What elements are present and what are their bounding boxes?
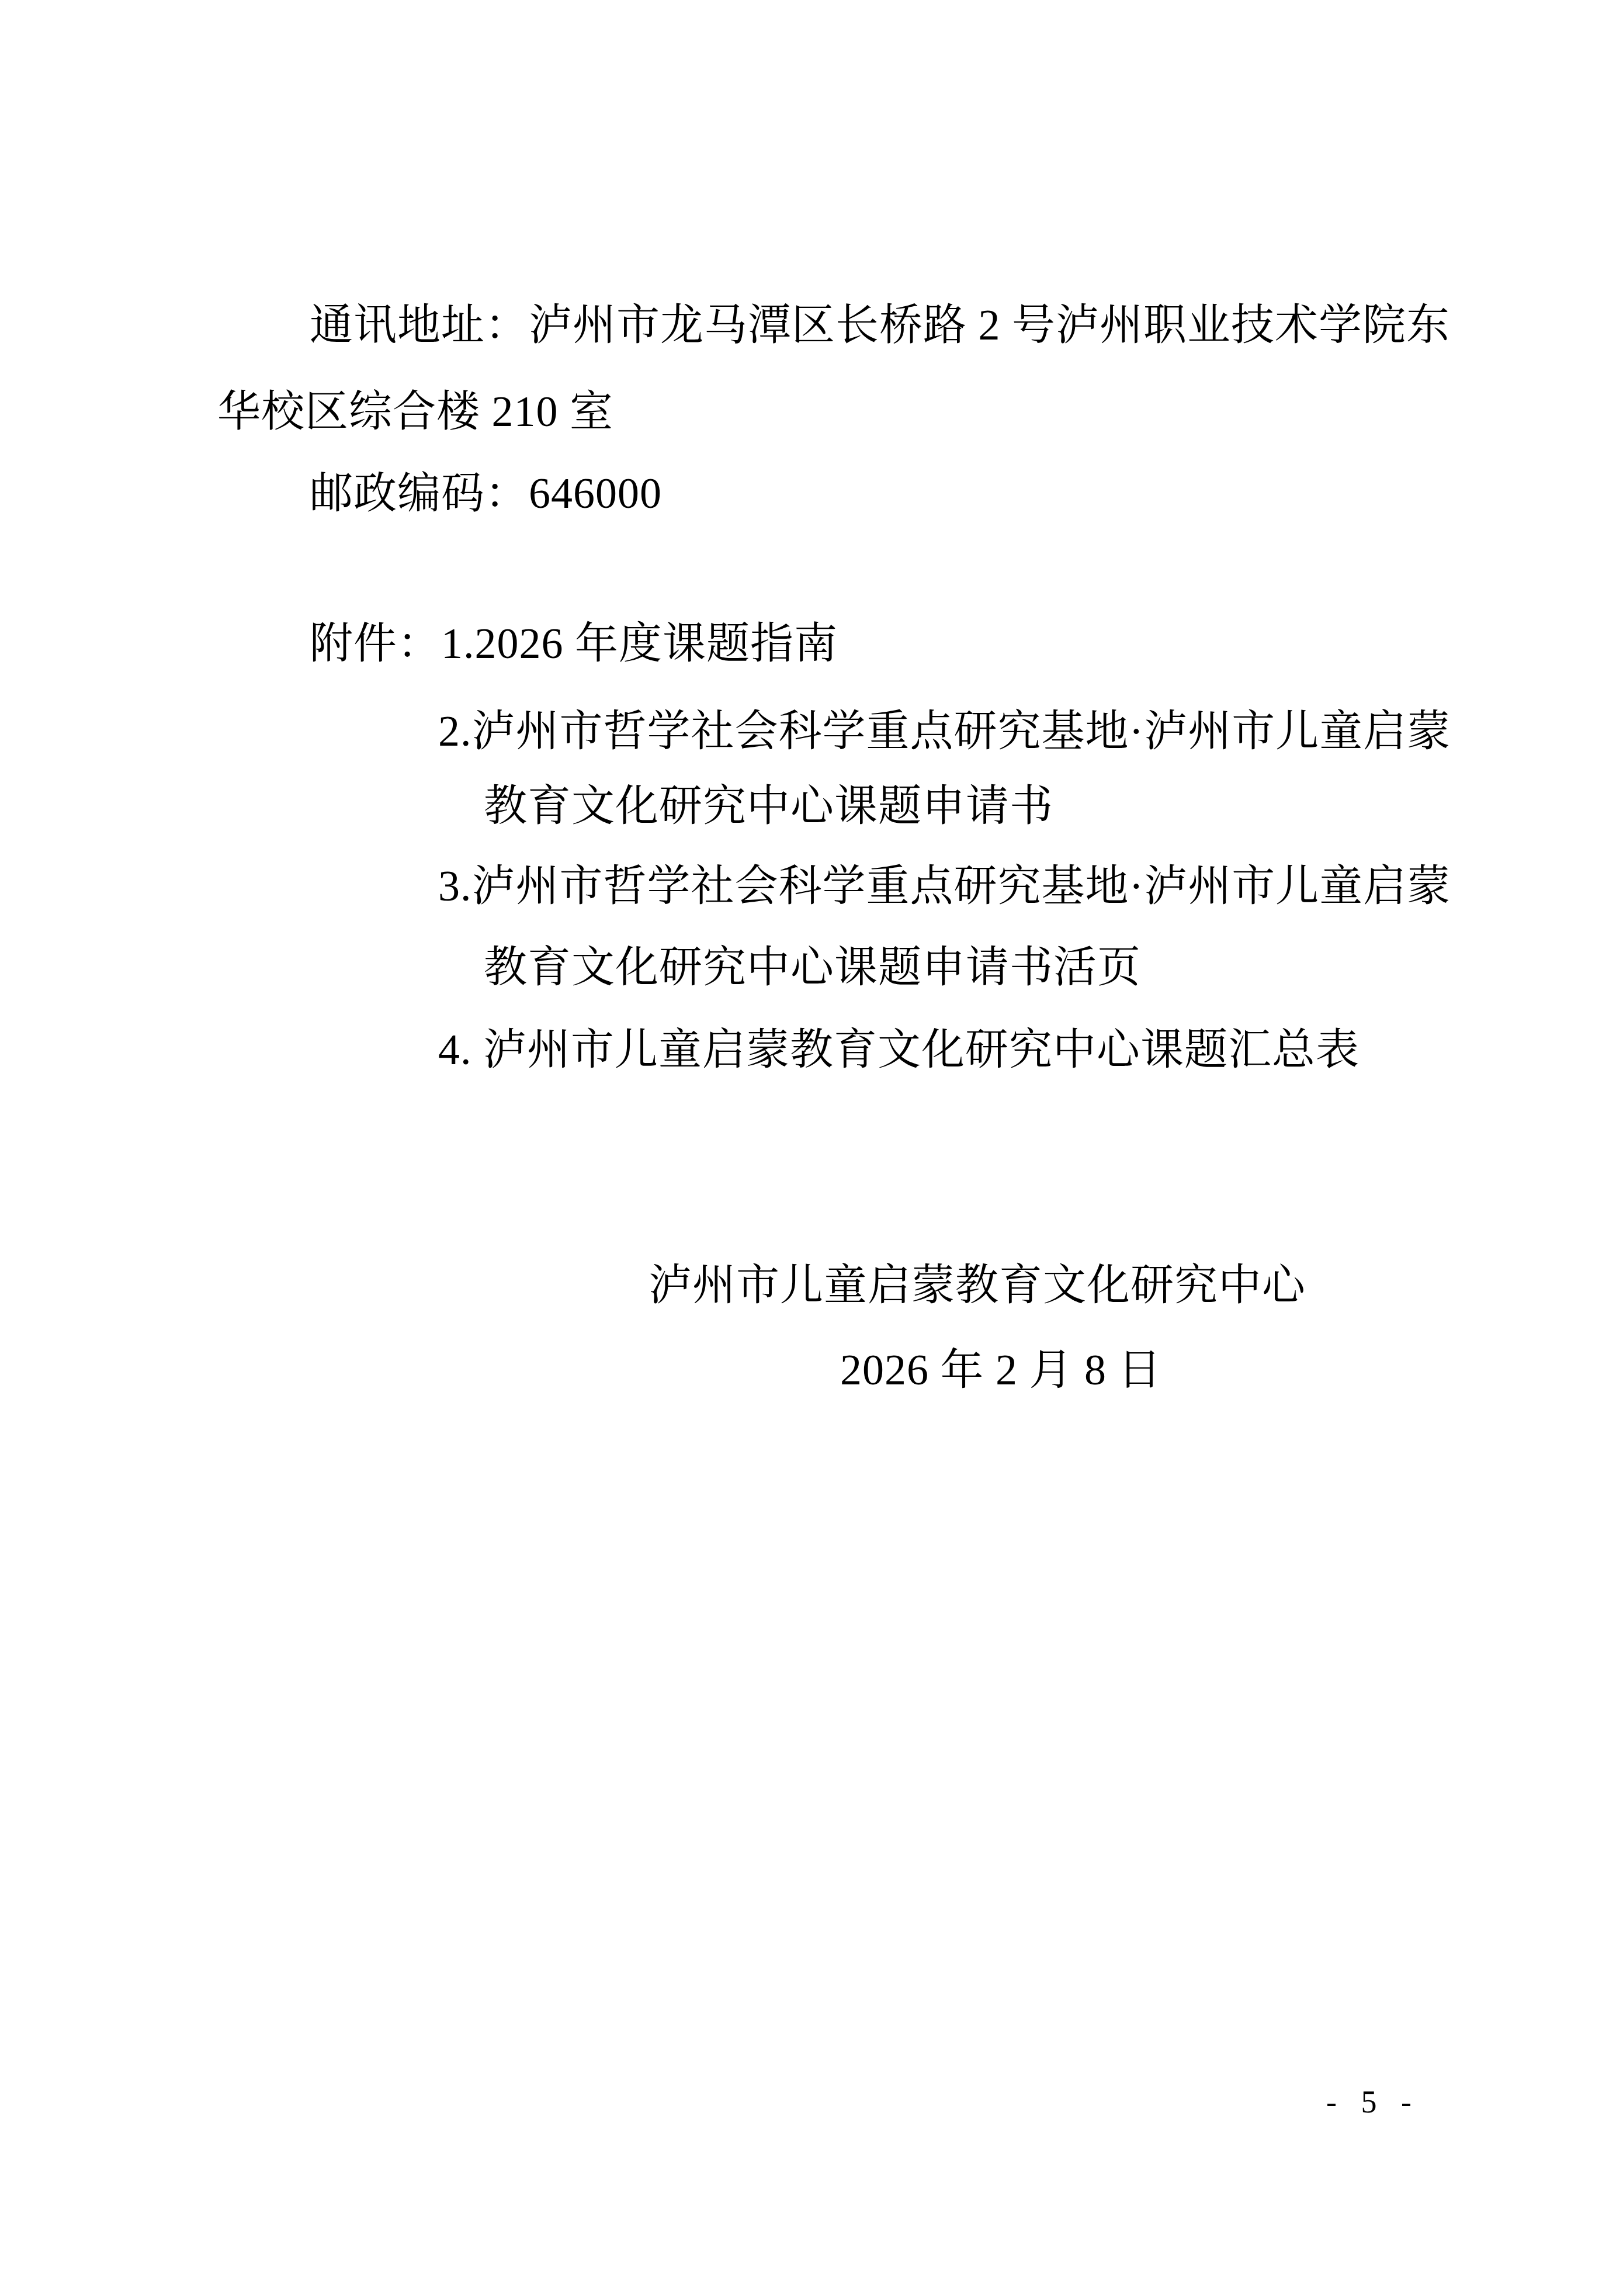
attachment-item-3-line-1: 3.泸州市哲学社会科学重点研究基地·泸州市儿童启蒙 [438,862,1451,912]
signature-organization: 泸州市儿童启蒙教育文化研究中心 [648,1261,1306,1311]
page-number: - 5 - [1326,2086,1420,2118]
address-line-2: 华校区综合楼 210 室 [217,387,613,437]
address-line-1: 通讯地址：泸州市龙马潭区长桥路 2 号泸州职业技术学院东 [310,301,1450,351]
signature-date: 2026 年 2 月 8 日 [840,1346,1162,1395]
attachment-item-2-line-1: 2.泸州市哲学社会科学重点研究基地·泸州市儿童启蒙 [438,707,1451,757]
attachments-label-and-item-1: 附件：1.2026 年度课题指南 [310,619,838,669]
attachment-item-3-line-2: 教育文化研究中心课题申请书活页 [484,943,1141,993]
attachment-item-4: 4. 泸州市儿童启蒙教育文化研究中心课题汇总表 [438,1026,1360,1075]
document-page: 通讯地址：泸州市龙马潭区长桥路 2 号泸州职业技术学院东 华校区综合楼 210 … [0,0,1623,2296]
attachment-item-2-line-2: 教育文化研究中心课题申请书 [484,782,1053,832]
postal-code-line: 邮政编码：646000 [310,469,662,519]
